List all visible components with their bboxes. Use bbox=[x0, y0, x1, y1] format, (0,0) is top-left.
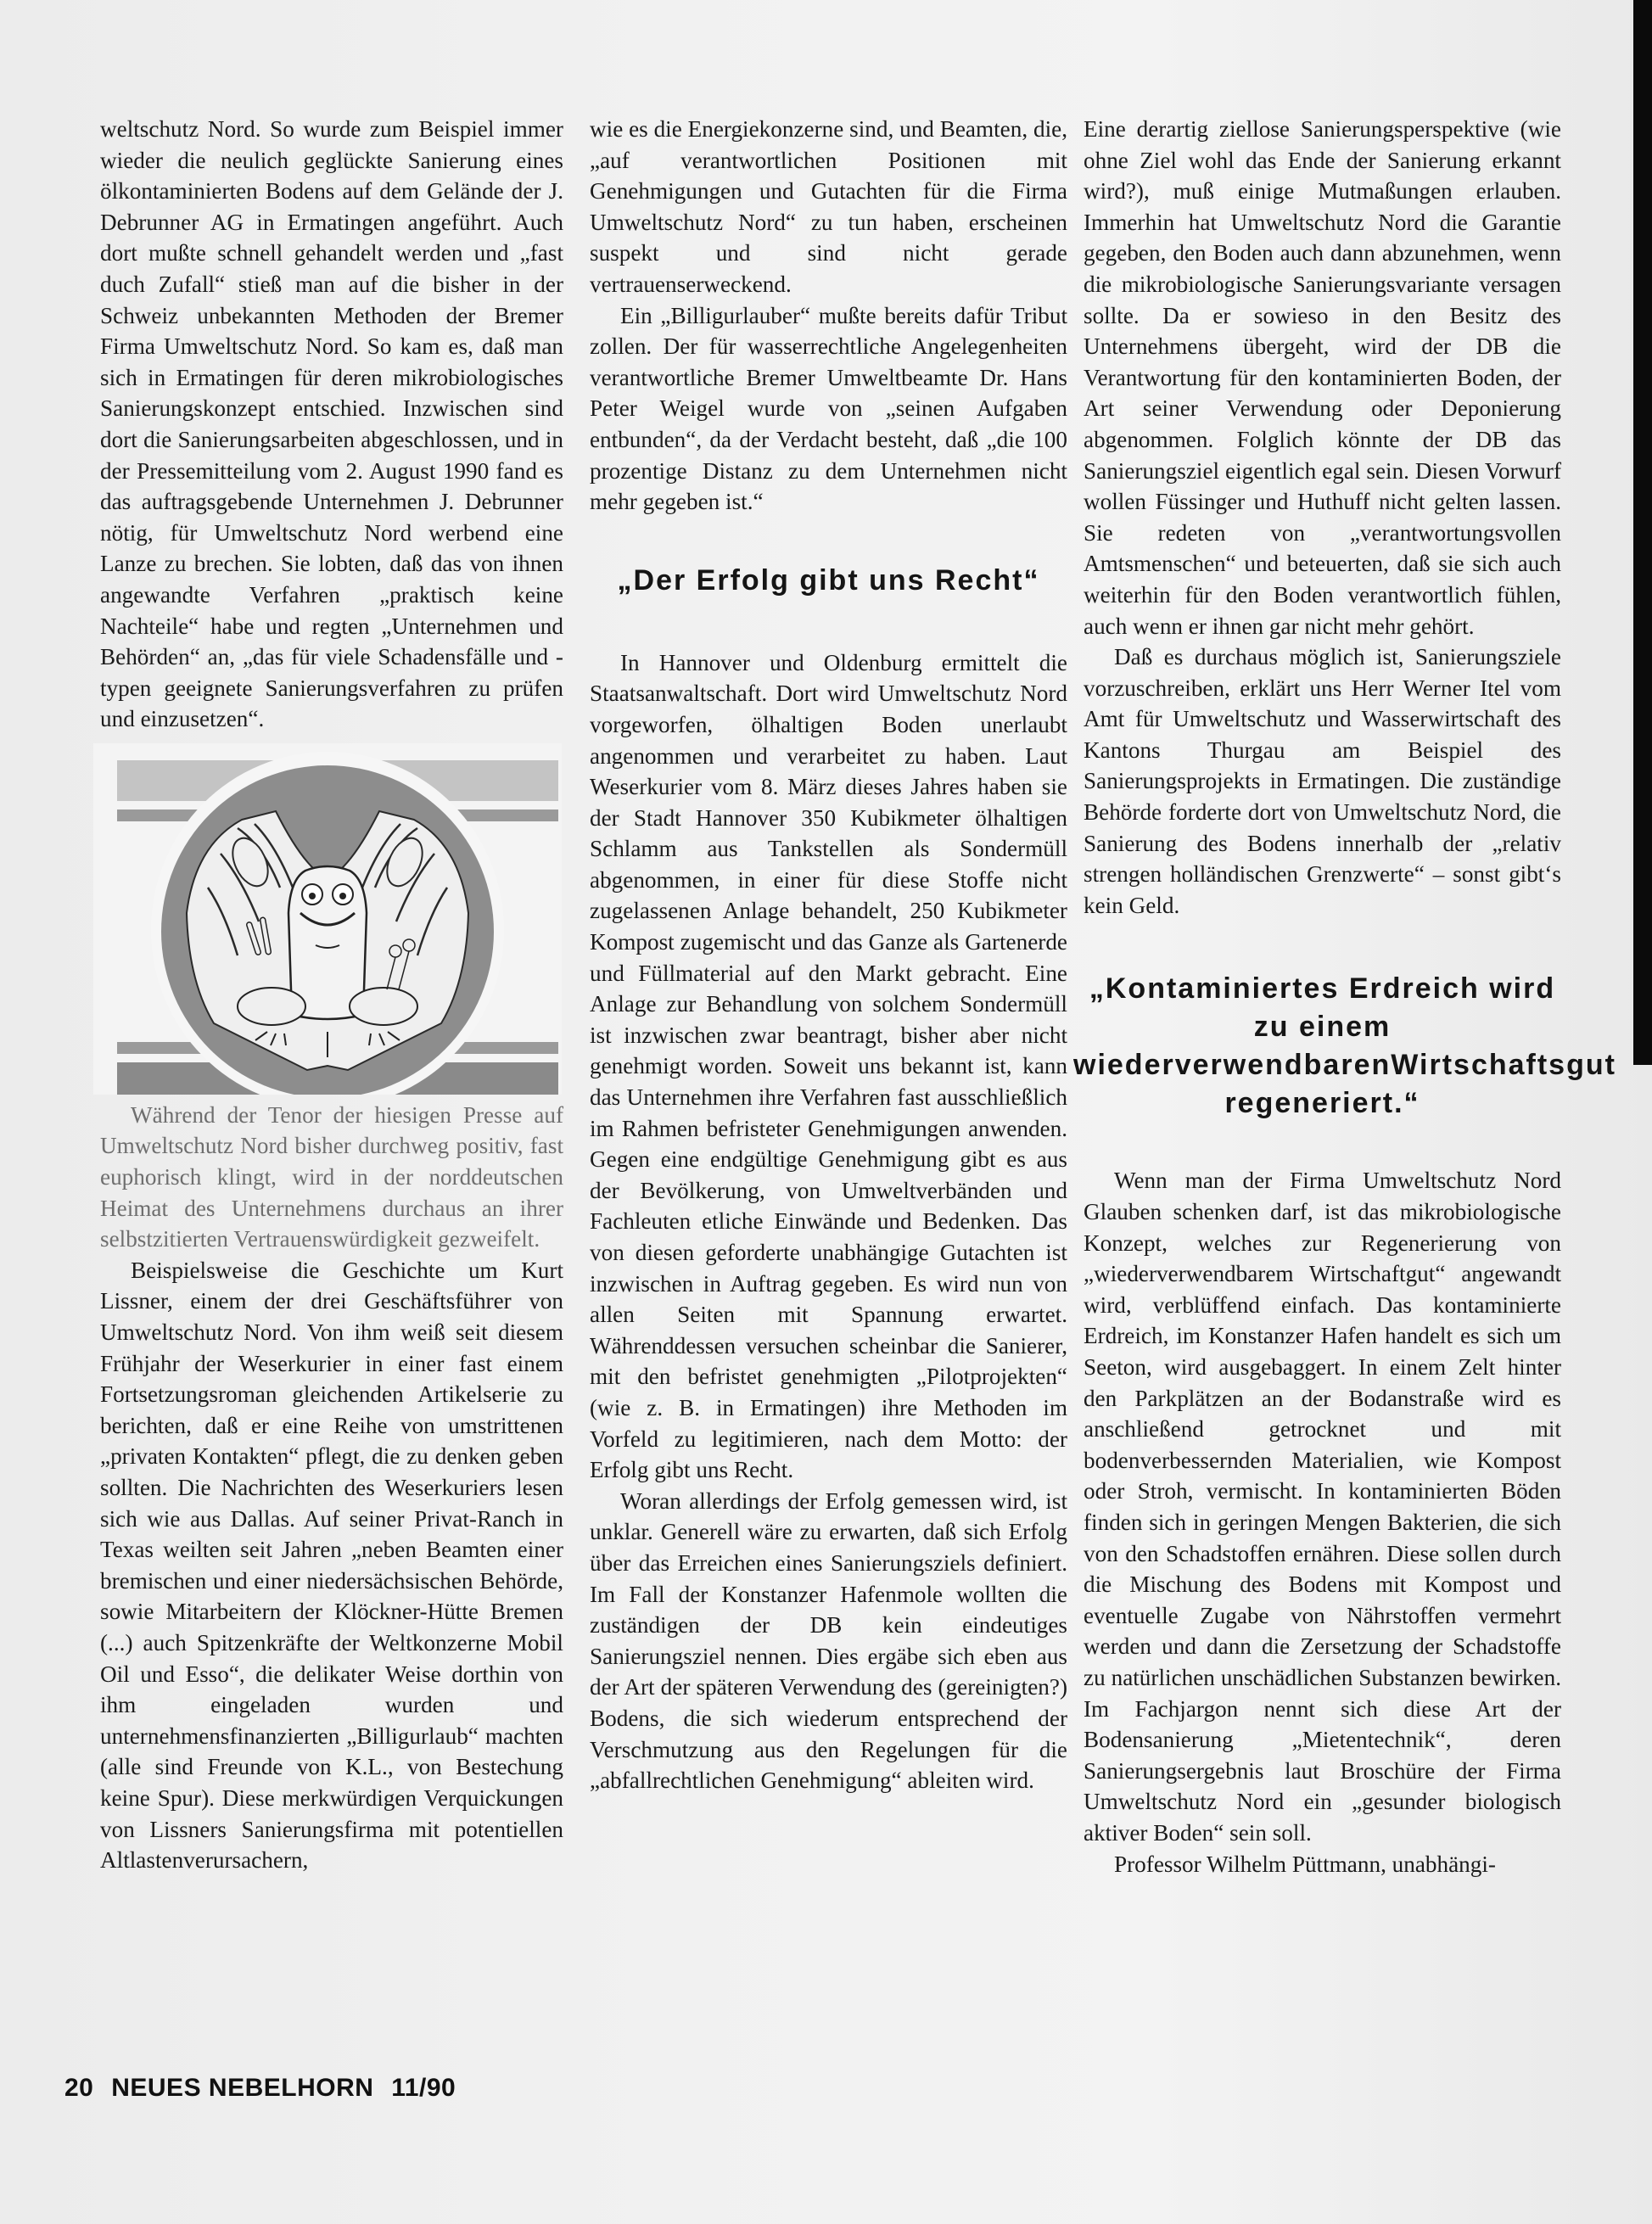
magazine-page: weltschutz Nord. So wurde zum Beispiel i… bbox=[0, 0, 1652, 2224]
page-footer: 20 NEUES NEBELHORN 11/90 bbox=[64, 2074, 456, 2103]
paragraph: Während der Tenor der hiesigen Presse au… bbox=[100, 1100, 563, 1255]
column-3: Eine derartig ziellose Sanierungsperspek… bbox=[1084, 114, 1561, 1879]
section-heading: „Kontaminiertes Erdreich wird zu einem w… bbox=[1073, 970, 1571, 1123]
paragraph: Woran allerdings der Erfolg gemessen wir… bbox=[590, 1486, 1067, 1796]
page-number: 20 bbox=[64, 2074, 93, 2102]
paragraph: Eine derartig ziellose Sanierungsperspek… bbox=[1084, 114, 1561, 641]
issue-number: 11/90 bbox=[391, 2074, 456, 2102]
paragraph: wie es die Energiekonzerne sind, und Bea… bbox=[590, 114, 1067, 300]
paragraph: In Hannover und Oldenburg ermittelt die … bbox=[590, 647, 1067, 1486]
scan-border bbox=[1633, 0, 1652, 1065]
section-heading: „Der Erfolg gibt uns Recht“ bbox=[590, 562, 1067, 600]
paragraph: Beispielsweise die Geschichte um Kurt Li… bbox=[100, 1255, 563, 1876]
paragraph: Professor Wilhelm Püttmann, unabhängi- bbox=[1084, 1849, 1561, 1880]
publication-name: NEUES NEBELHORN bbox=[111, 2074, 373, 2102]
paragraph: Wenn man der Firma Umweltschutz Nord Gla… bbox=[1084, 1165, 1561, 1848]
frog-logo-image bbox=[93, 743, 562, 1095]
column-2: wie es die Energiekonzerne sind, und Bea… bbox=[590, 114, 1067, 1796]
paragraph: Daß es durchaus möglich ist, Sanierungsz… bbox=[1084, 641, 1561, 921]
column-1: weltschutz Nord. So wurde zum Beispiel i… bbox=[100, 114, 563, 1876]
paragraph: weltschutz Nord. So wurde zum Beispiel i… bbox=[100, 114, 563, 735]
paragraph: Ein „Billigurlauber“ mußte bereits dafür… bbox=[590, 300, 1067, 518]
